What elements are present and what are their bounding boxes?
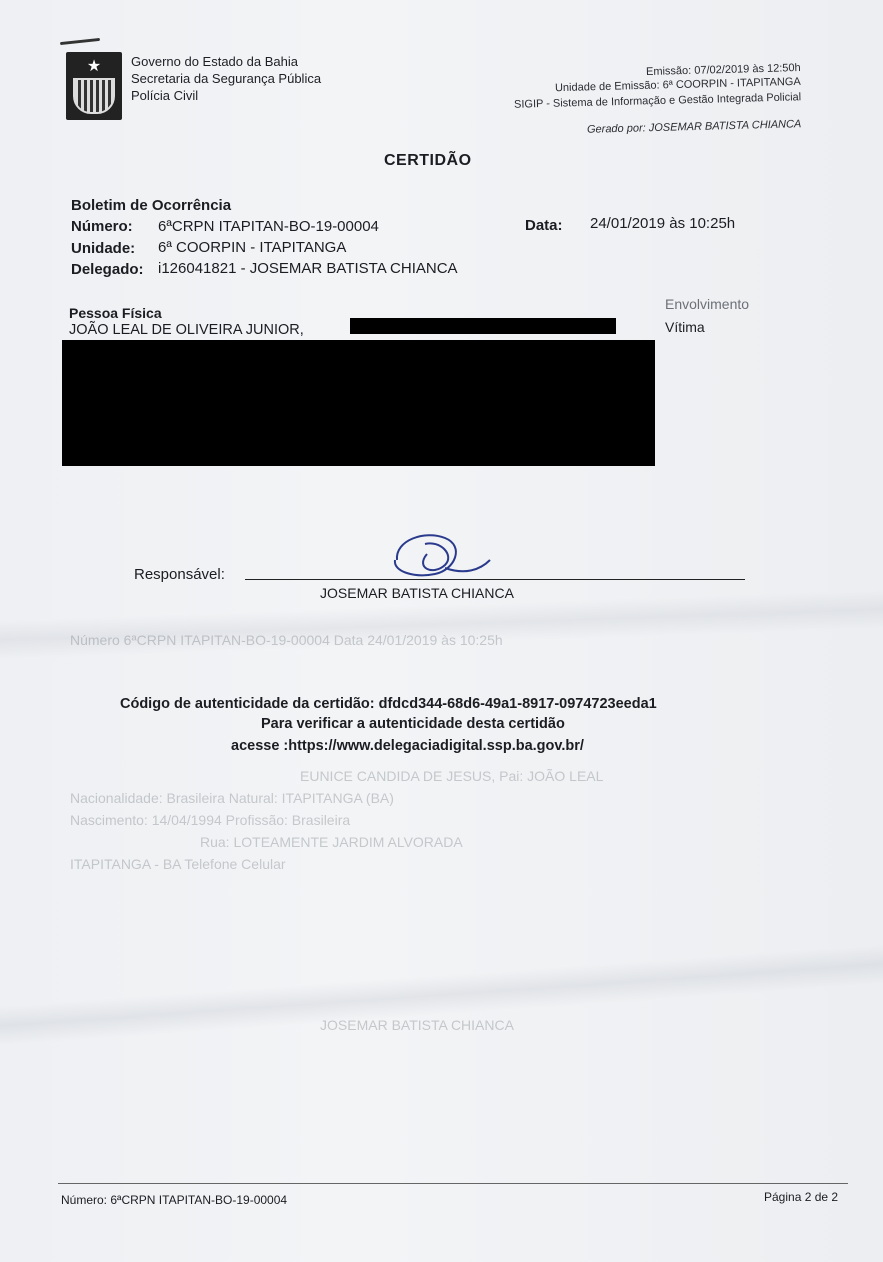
responsavel-name: JOSEMAR BATISTA CHIANCA — [320, 585, 514, 601]
show-through-line: ITAPITANGA - BA Telefone Celular — [70, 856, 286, 872]
envolvimento-value: Vítima — [665, 319, 705, 335]
star-icon: ★ — [87, 59, 101, 75]
verify-instructions: Para verificar a autenticidade desta cer… — [261, 716, 565, 732]
show-through-line: EUNICE CANDIDA DE JESUS, Pai: JOÃO LEAL — [300, 768, 603, 784]
document-title: CERTIDÃO — [384, 152, 472, 170]
show-through-line: Rua: LOTEAMENTE JARDIM ALVORADA — [200, 834, 463, 850]
unidade-value: 6ª COORPIN - ITAPITANGA — [158, 239, 346, 256]
signature-scribble — [385, 530, 495, 590]
bahia-coat-of-arms-logo: ★ — [66, 52, 122, 120]
show-through-line: Nascimento: 14/04/1994 Profissão: Brasil… — [70, 812, 350, 828]
unidade-label: Unidade: — [71, 240, 135, 257]
org-line-policia: Polícia Civil — [131, 88, 198, 103]
numero-value: 6ªCRPN ITAPITAN-BO-19-00004 — [158, 218, 379, 235]
verify-url[interactable]: acesse :https://www.delegaciadigital.ssp… — [231, 738, 584, 754]
pessoa-nome: JOÃO LEAL DE OLIVEIRA JUNIOR, — [69, 322, 304, 338]
footer-numero: Número: 6ªCRPN ITAPITAN-BO-19-00004 — [61, 1193, 287, 1207]
delegado-label: Delegado: — [71, 261, 144, 278]
shield-icon — [73, 78, 115, 114]
data-value: 24/01/2019 às 10:25h — [590, 215, 735, 232]
numero-label: Número: — [71, 218, 133, 235]
show-through-line: Número 6ªCRPN ITAPITAN-BO-19-00004 Data … — [70, 632, 503, 648]
envolvimento-label: Envolvimento — [665, 296, 749, 312]
show-through-line: JOSEMAR BATISTA CHIANCA — [320, 1017, 514, 1033]
section-heading: Boletim de Ocorrência — [71, 197, 231, 214]
redaction-bar — [350, 318, 616, 334]
show-through-line: Nacionalidade: Brasileira Natural: ITAPI… — [70, 790, 394, 806]
org-line-secretaria: Secretaria da Segurança Pública — [131, 71, 321, 86]
responsavel-label: Responsável: — [134, 566, 225, 583]
scanned-page — [0, 0, 883, 1262]
page-number: Página 2 de 2 — [764, 1190, 838, 1204]
data-label: Data: — [525, 217, 563, 234]
org-line-governo: Governo do Estado da Bahia — [131, 54, 298, 69]
signature-line — [245, 579, 745, 580]
footer-divider — [58, 1183, 848, 1184]
redaction-block — [62, 340, 655, 466]
pessoa-fisica-heading: Pessoa Física — [69, 305, 162, 321]
delegado-value: i126041821 - JOSEMAR BATISTA CHIANCA — [158, 260, 458, 277]
authenticity-code: Código de autenticidade da certidão: dfd… — [120, 696, 657, 712]
